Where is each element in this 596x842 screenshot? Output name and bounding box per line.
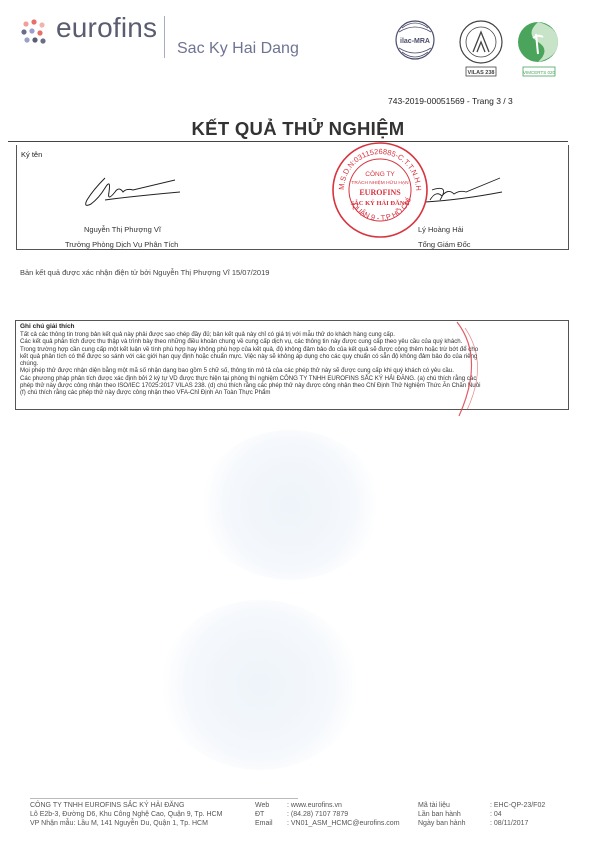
web-link[interactable]: : www.eurofins.vn xyxy=(287,801,400,810)
signer-right-role: Tổng Giám Đốc xyxy=(418,240,471,249)
email-label: Email xyxy=(255,819,273,828)
footer-doc-labels: Mã tài liệu Lần ban hành Ngày ban hành xyxy=(418,801,465,828)
ilac-mra-badge-icon: ilac-MRA xyxy=(396,21,434,59)
notes-title: Ghi chú giải thích xyxy=(20,323,75,330)
doc-code-value: : EHC-QP-23/F02 xyxy=(490,801,545,810)
accreditation-badges: ilac-MRA VILAS 238 VIMCERTS 020 xyxy=(393,12,583,82)
brand-name: eurofins xyxy=(56,12,157,44)
issue-date-value: : 08/11/2017 xyxy=(490,819,545,828)
footer-reception-address: VP Nhận mẫu: Lầu M, 141 Nguyễn Du, Quận … xyxy=(30,819,222,828)
footer-contact-labels: Web ĐT Email xyxy=(255,801,273,828)
page-title: KẾT QUẢ THỬ NGHIỆM xyxy=(0,118,596,140)
company-stamp-icon: M.S.D.N:0311526885-C.T.T.N.H.H QUẬN 9 - … xyxy=(330,140,430,240)
partial-stamp-icon xyxy=(455,318,495,418)
web-label: Web xyxy=(255,801,273,810)
footer-address: Lô E2b-3, Đường D6, Khu Công Nghệ Cao, Q… xyxy=(30,810,222,819)
electronic-verification-note: Bản kết quả được xác nhận điện tử bởi Ng… xyxy=(20,268,269,277)
footer-contact-values: : www.eurofins.vn : (84.28) 7107 7879 : … xyxy=(287,801,400,828)
logo-divider xyxy=(164,16,165,58)
brand-subtitle: Sac Ky Hai Dang xyxy=(177,40,299,58)
phone-value: : (84.28) 7107 7879 xyxy=(287,810,400,819)
footer-doc-values: : EHC-QP-23/F02 : 04 : 08/11/2017 xyxy=(490,801,545,828)
signer-left-role: Trưởng Phòng Dịch Vụ Phân Tích xyxy=(65,240,178,249)
footer-company-name: CÔNG TY TNHH EUROFINS SẮC KÝ HẢI ĐĂNG xyxy=(30,801,222,810)
svg-text:CÔNG TY: CÔNG TY xyxy=(365,169,395,178)
svg-text:VILAS 238: VILAS 238 xyxy=(468,70,495,76)
svg-text:VIMCERTS 020: VIMCERTS 020 xyxy=(523,70,555,75)
document-reference: 743-2019-00051569 - Trang 3 / 3 xyxy=(388,96,513,106)
bureau-accreditation-badge-icon: VILAS 238 xyxy=(460,21,502,76)
svg-text:SẮC KÝ HẢI ĐĂNG: SẮC KÝ HẢI ĐĂNG xyxy=(350,199,409,207)
watermark xyxy=(160,600,360,770)
signer-right-name: Lý Hoàng Hải xyxy=(418,225,463,234)
svg-text:ilac-MRA: ilac-MRA xyxy=(400,38,430,45)
vimcerts-badge-icon: VIMCERTS 020 xyxy=(518,22,558,76)
email-link[interactable]: : VN01_ASM_HCMC@eurofins.com xyxy=(287,819,400,828)
watermark xyxy=(200,430,380,580)
revision-value: : 04 xyxy=(490,810,545,819)
svg-text:EUROFINS: EUROFINS xyxy=(359,188,401,197)
revision-label: Lần ban hành xyxy=(418,810,465,819)
eurofins-logo-icon xyxy=(20,18,50,48)
signer-left-name: Nguyễn Thị Phượng Vĩ xyxy=(84,225,161,234)
issue-date-label: Ngày ban hành xyxy=(418,819,465,828)
signature-left-icon xyxy=(75,170,185,210)
doc-code-label: Mã tài liệu xyxy=(418,801,465,810)
phone-label: ĐT xyxy=(255,810,273,819)
signature-label: Ký tên xyxy=(21,150,42,159)
svg-text:TRÁCH NHIỆM HỮU HẠN: TRÁCH NHIỆM HỮU HẠN xyxy=(351,178,409,186)
title-divider xyxy=(8,141,568,142)
footer-divider xyxy=(30,798,298,799)
footer-company: CÔNG TY TNHH EUROFINS SẮC KÝ HẢI ĐĂNG Lô… xyxy=(30,801,222,828)
